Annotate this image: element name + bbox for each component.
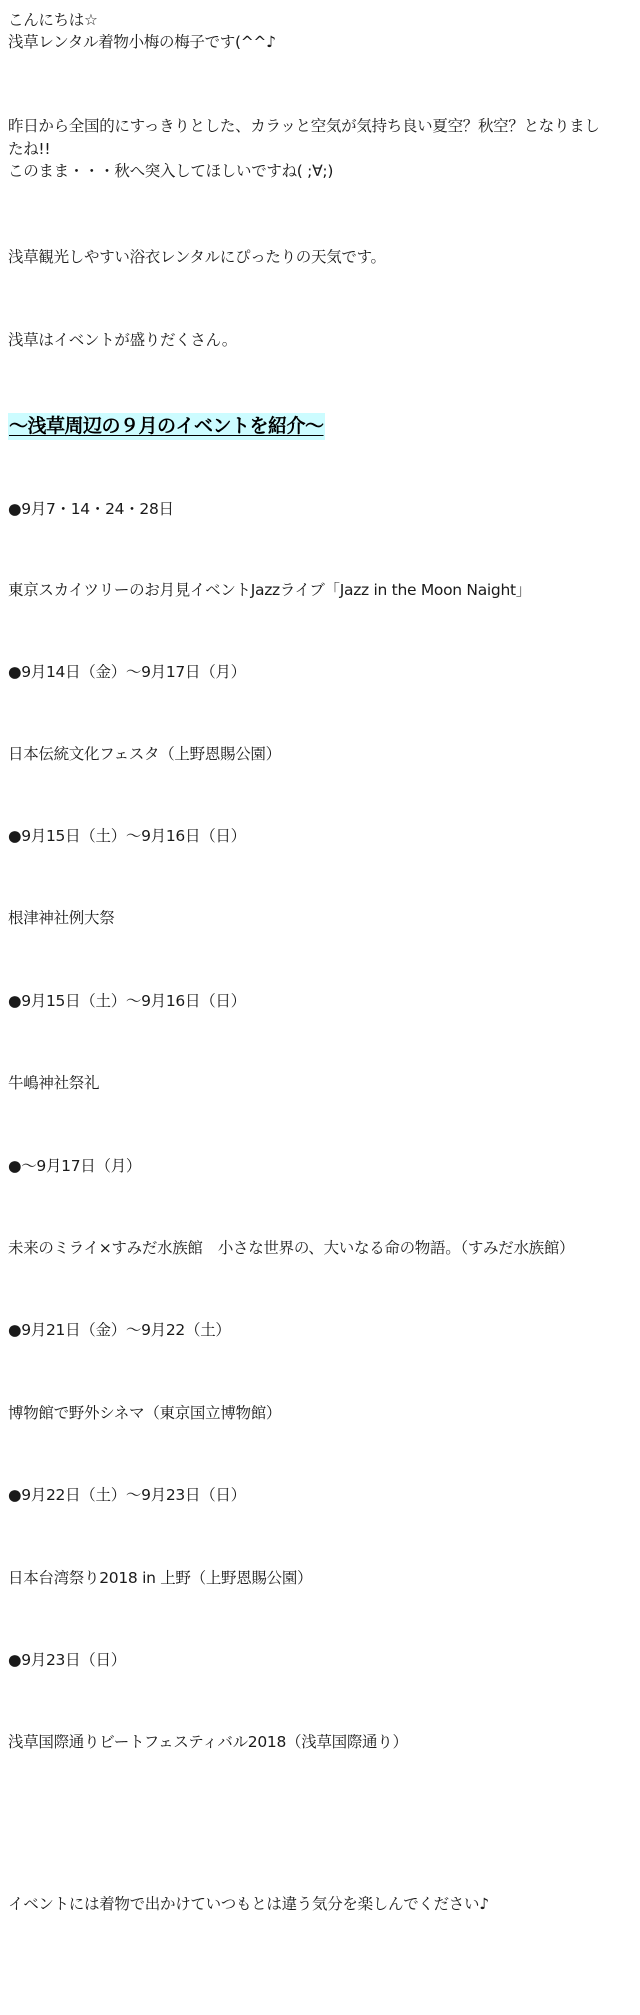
weather-paragraph-line: このまま・・・秋へ突入してほしいですね( ;∀;): [8, 160, 333, 182]
event-name: 日本伝統文化フェスタ（上野恩賜公園）: [8, 743, 281, 765]
events-intro-line: 浅草はイベントが盛りだくさん。: [8, 329, 237, 351]
event-date: ●9月15日（土）～9月16日（日）: [8, 990, 246, 1012]
event-date: ●9月21日（金）～9月22（土）: [8, 1319, 231, 1341]
event-date: ●9月23日（日）: [8, 1649, 126, 1671]
section-heading: ～浅草周辺の９月のイベントを紹介～: [8, 413, 325, 440]
event-date: ●9月15日（土）～9月16日（日）: [8, 825, 246, 847]
event-name: 日本台湾祭り2018 in 上野（上野恩賜公園）: [8, 1567, 312, 1589]
event-name: 浅草国際通りビートフェスティバル2018（浅草国際通り）: [8, 1731, 408, 1753]
event-date: ●9月14日（金）～9月17日（月）: [8, 661, 246, 683]
greeting-line: こんにちは☆: [8, 9, 98, 31]
event-date: ●～9月17日（月）: [8, 1155, 141, 1177]
yukata-line: 浅草観光しやすい浴衣レンタルにぴったりの天気です。: [8, 246, 386, 268]
event-name: 東京スカイツリーのお月見イベントJazzライブ「Jazz in the Moon…: [8, 579, 531, 601]
event-date: ●9月22日（土）～9月23日（日）: [8, 1484, 246, 1506]
greeting-intro-line: 浅草レンタル着物小梅の梅子です(^^♪: [8, 31, 276, 53]
event-name: 未来のミライ×すみだ水族館 小さな世界の、大いなる命の物語。（すみだ水族館）: [8, 1237, 574, 1259]
weather-paragraph-line: たね!!: [8, 138, 50, 160]
event-date: ●9月7・14・24・28日: [8, 498, 174, 520]
event-name: 牛嶋神社祭礼: [8, 1072, 99, 1094]
event-name: 博物館で野外シネマ（東京国立博物館）: [8, 1402, 281, 1424]
event-name: 根津神社例大祭: [8, 907, 114, 929]
closing-line: イベントには着物で出かけていつもとは違う気分を楽しんでください♪: [8, 1893, 489, 1915]
weather-paragraph-line: 昨日から全国的にすっきりとした、カラッと空気が気持ち良い夏空？秋空？となりまし: [8, 115, 600, 137]
